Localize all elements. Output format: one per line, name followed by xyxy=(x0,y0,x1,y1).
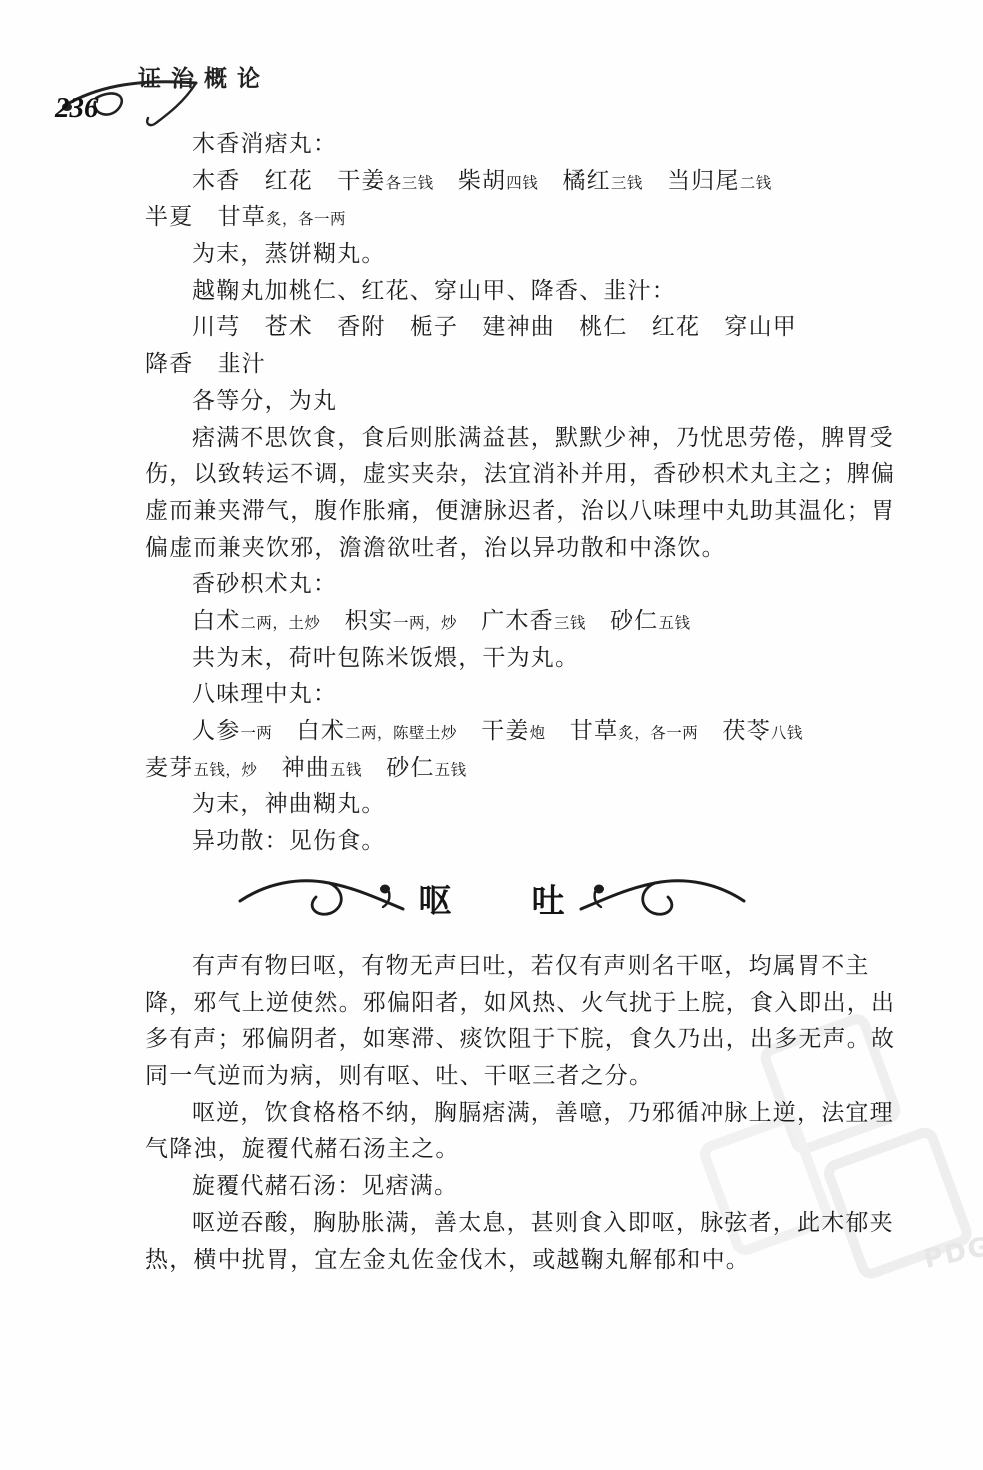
text-segment: 半夏 甘草 xyxy=(145,204,266,229)
text-segment: 木香 红花 干姜 xyxy=(192,168,386,193)
dosage-annotation: 三钱 xyxy=(611,175,643,192)
page-number: 236 xyxy=(55,92,99,125)
text-segment: 气降浊，旋覆代赭石汤主之。 xyxy=(145,1136,460,1161)
text-line: 异功散：见伤食。 xyxy=(145,823,920,860)
text-line: 呕逆吞酸，胸胁胀满，善太息，甚则食入即呕，脉弦者，此木郁夹 xyxy=(145,1205,920,1242)
text-line: 木香 红花 干姜各三钱 柴胡四钱 橘红三钱 当归尾二钱 xyxy=(145,163,920,200)
text-line: 越鞠丸加桃仁、红花、穿山甲、降香、韭汁： xyxy=(145,273,920,310)
text-segment: 热，横中扰胃，宜左金丸佐金伐木，或越鞠丸解郁和中。 xyxy=(145,1247,750,1272)
text-segment: 虚而兼夹滞气，腹作胀痛，便溏脉迟者，治以八味理中丸助其温化；胃 xyxy=(145,498,895,523)
text-line: 香砂枳术丸： xyxy=(145,566,920,603)
text-segment: 广木香 xyxy=(457,608,554,633)
text-line: 降，邪气上逆使然。邪偏阳者，如风热、火气扰于上脘，食入即出，出 xyxy=(145,985,920,1022)
dosage-annotation: 炮 xyxy=(530,725,546,742)
text-segment: 白术 xyxy=(192,608,240,633)
text-segment: 茯苓 xyxy=(698,718,771,743)
text-line: 呕逆，饮食格格不纳，胸膈痞满，善噫，乃邪循冲脉上逆，法宜理 xyxy=(145,1095,920,1132)
text-segment: 降，邪气上逆使然。邪偏阳者，如风热、火气扰于上脘，食入即出，出 xyxy=(145,990,895,1015)
text-segment: 越鞠丸加桃仁、红花、穿山甲、降香、韭汁： xyxy=(192,278,676,303)
text-segment: 白术 xyxy=(272,718,345,743)
text-block-vomiting-section: 有声有物曰呕，有物无声曰吐，若仅有声则名干呕，均属胃不主降，邪气上逆使然。邪偏阳… xyxy=(145,948,920,1278)
text-segment: 伤，以致转运不调，虚实夹杂，法宜消补并用，香砂枳术丸主之；脾偏 xyxy=(145,461,895,486)
dosage-annotation: 五钱 xyxy=(658,615,690,632)
text-segment: 偏虚而兼夹饮邪，澹澹欲吐者，治以异功散和中涤饮。 xyxy=(145,535,726,560)
text-line: 白术二两，土炒 枳实一两，炒 广木香三钱 砂仁五钱 xyxy=(145,603,920,640)
text-segment: 人参 xyxy=(192,718,240,743)
text-segment: 共为末，荷叶包陈米饭煨，干为丸。 xyxy=(192,645,579,670)
text-segment: 干姜 xyxy=(457,718,530,743)
section-flourish-left-icon xyxy=(237,871,405,925)
dosage-annotation: 五钱 xyxy=(330,762,362,779)
text-segment: 甘草 xyxy=(546,718,619,743)
text-line: 木香消痞丸： xyxy=(145,126,920,163)
text-line: 川芎 苍术 香附 栀子 建神曲 桃仁 红花 穿山甲 xyxy=(145,309,920,346)
text-line: 热，横中扰胃，宜左金丸佐金伐木，或越鞠丸解郁和中。 xyxy=(145,1242,920,1279)
dosage-annotation: 八钱 xyxy=(771,725,803,742)
dosage-annotation: 各三钱 xyxy=(386,175,434,192)
dosage-annotation: 一两 xyxy=(240,725,272,742)
text-segment: 神曲 xyxy=(257,755,330,780)
text-segment: 痞满不思饮食，食后则胀满益甚，默默少神，乃忧思劳倦，脾胃受 xyxy=(192,425,894,450)
text-line: 降香 韭汁 xyxy=(145,346,920,383)
scanned-book-page: 证治概论 236 PDG 木香消痞丸：木香 红花 干姜各三钱 柴胡四钱 橘红三钱… xyxy=(0,0,983,1470)
text-segment: 香砂枳术丸： xyxy=(192,571,337,596)
text-segment: 有声有物曰呕，有物无声曰吐，若仅有声则名干呕，均属胃不主 xyxy=(192,953,870,978)
dosage-annotation: 五钱，炒 xyxy=(193,762,257,779)
section-title-char-1: 呕 xyxy=(419,875,452,922)
text-line: 八味理中丸： xyxy=(145,676,920,713)
text-line: 共为末，荷叶包陈米饭煨，干为丸。 xyxy=(145,640,920,677)
text-line: 半夏 甘草炙，各一两 xyxy=(145,199,920,236)
book-title: 证治概论 xyxy=(138,60,270,93)
text-line: 为末，神曲糊丸。 xyxy=(145,786,920,823)
text-line: 同一气逆而为病，则有呕、吐、干呕三者之分。 xyxy=(145,1058,920,1095)
dosage-annotation: 四钱 xyxy=(506,175,538,192)
text-line: 各等分，为丸 xyxy=(145,383,920,420)
section-flourish-right-icon xyxy=(579,871,747,925)
text-segment: 旋覆代赭石汤：见痞满。 xyxy=(192,1173,458,1198)
text-line: 痞满不思饮食，食后则胀满益甚，默默少神，乃忧思劳倦，脾胃受 xyxy=(145,420,920,457)
dosage-annotation: 一两，炒 xyxy=(393,615,457,632)
text-segment: 木香消痞丸： xyxy=(192,131,337,156)
text-segment: 为末，蒸饼糊丸。 xyxy=(192,241,386,266)
text-segment: 异功散：见伤食。 xyxy=(192,828,386,853)
text-line: 有声有物曰呕，有物无声曰吐，若仅有声则名干呕，均属胃不主 xyxy=(145,948,920,985)
watermark-pdg-label: PDG xyxy=(921,1231,983,1274)
text-segment: 枳实 xyxy=(320,608,393,633)
text-segment: 麦芽 xyxy=(145,755,193,780)
text-segment: 柴胡 xyxy=(434,168,507,193)
text-segment: 八味理中丸： xyxy=(192,681,337,706)
dosage-annotation: 炙，各一两 xyxy=(266,211,346,228)
dosage-annotation: 五钱 xyxy=(435,762,467,779)
text-segment: 多有声；邪偏阴者，如寒滞、痰饮阻于下脘，食久乃出，出多无声。故 xyxy=(145,1026,895,1051)
dosage-annotation: 二两，土炒 xyxy=(240,615,320,632)
text-segment: 川芎 苍术 香附 栀子 建神曲 桃仁 红花 穿山甲 xyxy=(192,314,797,339)
text-line: 伤，以致转运不调，虚实夹杂，法宜消补并用，香砂枳术丸主之；脾偏 xyxy=(145,456,920,493)
text-segment: 降香 韭汁 xyxy=(145,351,266,376)
section-heading: 呕 吐 xyxy=(0,862,983,934)
text-segment: 砂仁 xyxy=(586,608,659,633)
text-segment: 当归尾 xyxy=(643,168,740,193)
text-line: 人参一两 白术二两，陈壁土炒 干姜炮 甘草炙，各一两 茯苓八钱 xyxy=(145,713,920,750)
text-segment: 为末，神曲糊丸。 xyxy=(192,791,386,816)
text-segment: 各等分，为丸 xyxy=(192,388,337,413)
text-block-formulas: 木香消痞丸：木香 红花 干姜各三钱 柴胡四钱 橘红三钱 当归尾二钱半夏 甘草炙，… xyxy=(145,126,920,860)
text-line: 气降浊，旋覆代赭石汤主之。 xyxy=(145,1131,920,1168)
text-segment: 同一气逆而为病，则有呕、吐、干呕三者之分。 xyxy=(145,1063,653,1088)
dosage-annotation: 二钱 xyxy=(740,175,772,192)
text-line: 旋覆代赭石汤：见痞满。 xyxy=(145,1168,920,1205)
dosage-annotation: 炙，各一两 xyxy=(618,725,698,742)
text-line: 多有声；邪偏阴者，如寒滞、痰饮阻于下脘，食久乃出，出多无声。故 xyxy=(145,1021,920,1058)
text-line: 麦芽五钱，炒 神曲五钱 砂仁五钱 xyxy=(145,750,920,787)
text-segment: 呕逆，饮食格格不纳，胸膈痞满，善噫，乃邪循冲脉上逆，法宜理 xyxy=(192,1100,894,1125)
dosage-annotation: 三钱 xyxy=(554,615,586,632)
text-segment: 呕逆吞酸，胸胁胀满，善太息，甚则食入即呕，脉弦者，此木郁夹 xyxy=(192,1210,894,1235)
text-line: 偏虚而兼夹饮邪，澹澹欲吐者，治以异功散和中涤饮。 xyxy=(145,530,920,567)
text-line: 为末，蒸饼糊丸。 xyxy=(145,236,920,273)
section-title-char-2: 吐 xyxy=(532,875,565,922)
text-segment: 砂仁 xyxy=(362,755,435,780)
text-line: 虚而兼夹滞气，腹作胀痛，便溏脉迟者，治以八味理中丸助其温化；胃 xyxy=(145,493,920,530)
dosage-annotation: 二两，陈壁土炒 xyxy=(345,725,457,742)
text-segment: 橘红 xyxy=(538,168,611,193)
